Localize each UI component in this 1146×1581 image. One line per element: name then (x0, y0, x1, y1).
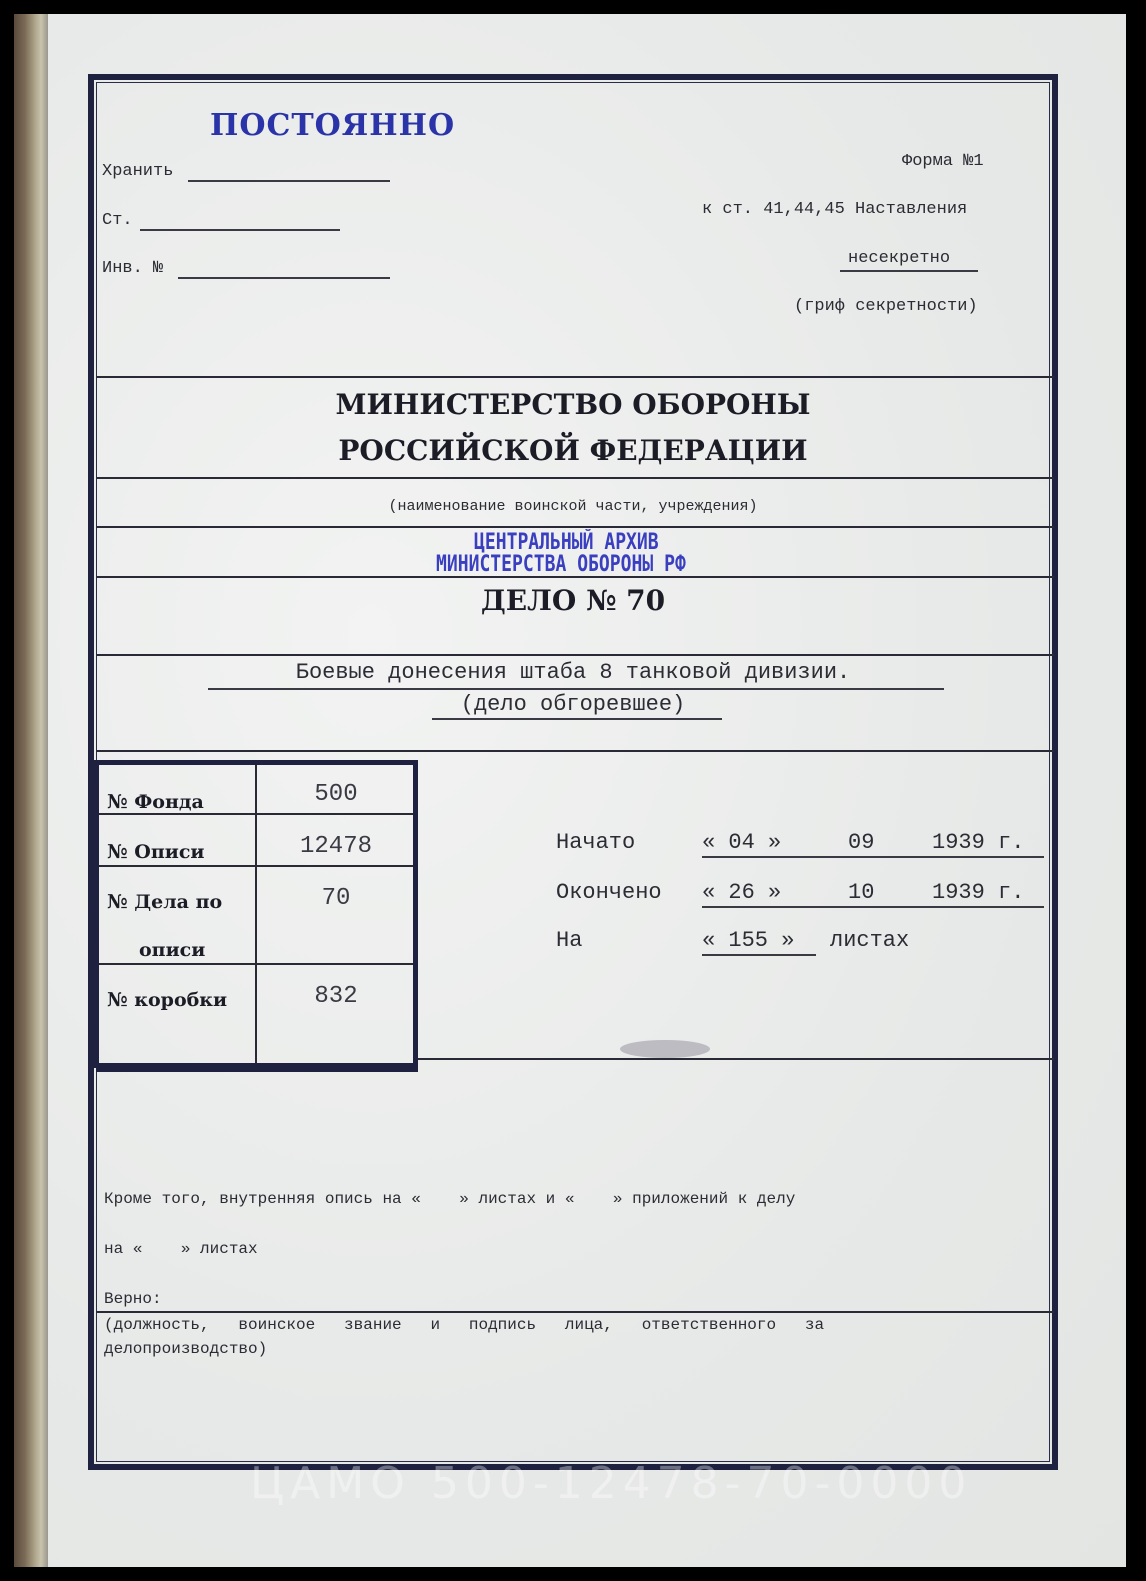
signature-caption: (должность, воинское звание и подпись ли… (104, 1316, 824, 1334)
case-number-label: № Дела по (107, 891, 222, 913)
fund-label: № Фонда (107, 791, 204, 813)
classification-caption: (гриф секретности) (794, 297, 978, 316)
ended-label: Окончено (556, 880, 662, 905)
article-label: Ст. (102, 211, 133, 230)
classification-value: несекретно (848, 249, 950, 268)
ended-month: 10 (848, 880, 874, 905)
damage-mark (620, 1040, 710, 1058)
started-underline (702, 856, 1044, 858)
fund-value: 500 (261, 781, 411, 808)
divider (96, 526, 1054, 528)
started-day: « 04 » (702, 830, 781, 855)
divider (96, 750, 1054, 752)
form-reference: к ст. 41,44,45 Наставления (702, 200, 967, 219)
classification-underline (840, 270, 978, 272)
divider (418, 1058, 1054, 1060)
sheets-label: На (556, 928, 582, 953)
description-underline (208, 688, 944, 690)
archive-watermark: ЦАМО 500-12478-70-0000 (250, 1458, 972, 1509)
sheets-value: « 155 » (702, 928, 794, 953)
archive-reference-table: № Фонда 500 № Описи 12478 № Дела по опис… (94, 760, 418, 1068)
ended-underline (702, 906, 1044, 908)
started-month: 09 (848, 830, 874, 855)
internal-inventory-line: Кроме того, внутренняя опись на « » лист… (104, 1190, 795, 1208)
form-number: Форма №1 (902, 152, 984, 171)
unit-name-caption: (наименование воинской части, учреждения… (0, 498, 1146, 515)
divider (96, 654, 1054, 656)
divider (96, 376, 1054, 378)
sheets-unit: листах (830, 928, 909, 953)
divider (96, 477, 1054, 479)
case-description: Боевые донесения штаба 8 танковой дивизи… (0, 660, 1146, 685)
ended-day: « 26 » (702, 880, 781, 905)
box-number-value: 832 (261, 983, 411, 1010)
attachments-sheets-line: на « » листах (104, 1240, 258, 1258)
certified-label: Верно: (104, 1290, 162, 1308)
folder-spine (14, 14, 50, 1567)
started-label: Начато (556, 830, 635, 855)
signature-caption-2: делопроизводство) (104, 1340, 267, 1358)
inventory-number-field-line (178, 277, 390, 279)
inventory-number-label: Инв. № (102, 259, 163, 278)
case-number-label-2: описи (139, 939, 205, 961)
store-label: Хранить (102, 162, 173, 181)
permanent-stamp: ПОСТОЯННО (210, 108, 455, 143)
archive-stamp-line-2: МИНИСТЕРСТВА ОБОРОНЫ РФ (436, 552, 686, 577)
case-note: (дело обгоревшее) (0, 692, 1146, 717)
ministry-line-2: РОССИЙСКОЙ ФЕДЕРАЦИИ (0, 434, 1146, 467)
store-field-line (188, 180, 390, 182)
divider (96, 1311, 1054, 1313)
box-number-label: № коробки (107, 989, 227, 1011)
table-bottom-border (96, 1067, 418, 1072)
note-underline (432, 718, 722, 720)
started-year: 1939 г. (932, 830, 1024, 855)
ended-year: 1939 г. (932, 880, 1024, 905)
divider (96, 576, 1054, 578)
sheets-underline (702, 954, 816, 956)
case-number-value: 70 (261, 885, 411, 912)
case-title: ДЕЛО № 70 (0, 584, 1146, 617)
article-field-line (140, 229, 340, 231)
inventory-value: 12478 (261, 833, 411, 860)
inventory-label: № Описи (107, 841, 204, 863)
ministry-line-1: МИНИСТЕРСТВО ОБОРОНЫ (0, 388, 1146, 421)
